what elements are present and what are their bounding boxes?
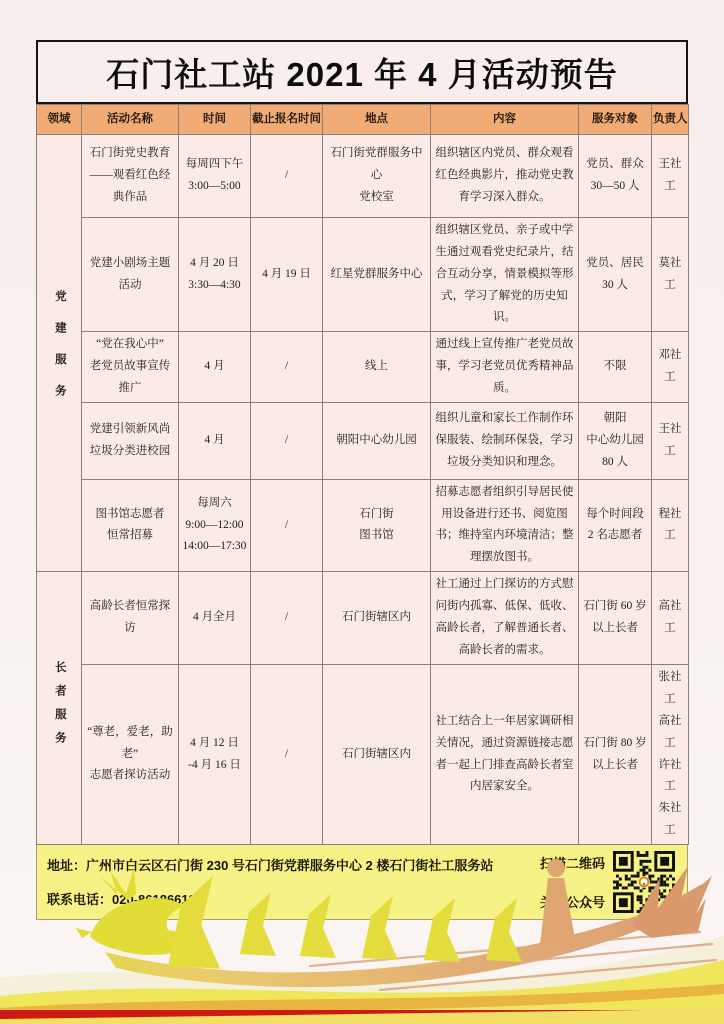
col-header-audience: 服务对象 [579,105,652,135]
dragon-boat-illustration [0,840,724,1024]
cell-time: 每周六 9:00—12:00 14:00—17:30 [179,479,251,571]
col-header-content: 内容 [431,105,579,135]
cell-location: 线上 [323,332,431,403]
cell-time: 4 月 [179,332,251,403]
col-header-deadline: 截止报名时间 [251,105,323,135]
cell-location: 石门街辖区内 [323,665,431,845]
cell-activity-name: 高龄长者恒常探访 [82,572,179,665]
cell-deadline: 4 月 19 日 [251,218,323,332]
cell-deadline: / [251,135,323,218]
cell-audience: 石门街 60 岁以上长者 [579,572,652,665]
cell-location: 石门街党群服务中心 党校室 [323,135,431,218]
cell-manager: 王社工 [652,135,689,218]
domain-label-elder: 长者服务 [37,572,82,845]
table-row: 党建小剧场主题活动 4 月 20 日 3:30—4:30 4 月 19 日 红星… [37,218,689,332]
col-header-activity: 活动名称 [82,105,179,135]
cell-deadline: / [251,479,323,571]
cell-manager: 程社工 [652,479,689,571]
cell-audience: 石门街 80 岁以上长者 [579,665,652,845]
cell-activity-name: 党建小剧场主题活动 [82,218,179,332]
cell-content: 组织儿童和家长工作制作环保服装、绘制环保袋，学习垃圾分类知识和理念。 [431,402,579,479]
cell-manager: 莫社工 [652,218,689,332]
cell-activity-name: 党建引领新风尚 垃圾分类进校园 [82,402,179,479]
col-header-domain: 领域 [37,105,82,135]
cell-manager: 张社工 高社工 许社工 朱社工 [652,665,689,845]
cell-activity-name: “尊老，爱老，助老” 志愿者探访活动 [82,665,179,845]
cell-content: 通过线上宣传推广老党员故事，学习老党员优秀精神品质。 [431,332,579,403]
cell-deadline: / [251,572,323,665]
table-row: 党建服务 石门街党史教育 ——观看红色经典作品 每周四下午 3:00—5:00 … [37,135,689,218]
poster-sheet: 石门社工站 2021 年 4 月活动预告 领域 活动名称 时间 截止报名时间 地… [36,40,688,920]
cell-activity-name: 图书馆志愿者 恒常招募 [82,479,179,571]
cell-location: 红星党群服务中心 [323,218,431,332]
activities-table: 领域 活动名称 时间 截止报名时间 地点 内容 服务对象 负责人 党建服务 石门… [36,104,689,845]
cell-time: 4 月 12 日 -4 月 16 日 [179,665,251,845]
cell-audience: 每个时间段 2 名志愿者 [579,479,652,571]
poster-page: 石门社工站 2021 年 4 月活动预告 领域 活动名称 时间 截止报名时间 地… [0,0,724,1024]
cell-content: 组织辖区内党员、群众观看红色经典影片，推动党史教育学习深入群众。 [431,135,579,218]
cell-audience: 党员、居民 30 人 [579,218,652,332]
cell-content: 招募志愿者组织引导居民使用设备进行还书、阅览图书；维持室内环境清洁；整理摆放图书… [431,479,579,571]
cell-activity-name: “党在我心中” 老党员故事宣传推广 [82,332,179,403]
cell-time: 4 月 [179,402,251,479]
domain-label-party: 党建服务 [37,135,82,572]
table-row: 长者服务 高龄长者恒常探访 4 月全月 / 石门街辖区内 社工通过上门探访的方式… [37,572,689,665]
table-row: 党建引领新风尚 垃圾分类进校园 4 月 / 朝阳中心幼儿园 组织儿童和家长工作制… [37,402,689,479]
cell-deadline: / [251,402,323,479]
cell-audience: 党员、群众 30—50 人 [579,135,652,218]
cell-audience: 不限 [579,332,652,403]
cell-time: 4 月 20 日 3:30—4:30 [179,218,251,332]
cell-location: 石门街 图书馆 [323,479,431,571]
cell-manager: 邓社工 [652,332,689,403]
col-header-location: 地点 [323,105,431,135]
cell-time: 4 月全月 [179,572,251,665]
cell-time: 每周四下午 3:00—5:00 [179,135,251,218]
cell-activity-name: 石门街党史教育 ——观看红色经典作品 [82,135,179,218]
table-row: “尊老，爱老，助老” 志愿者探访活动 4 月 12 日 -4 月 16 日 / … [37,665,689,845]
col-header-time: 时间 [179,105,251,135]
cell-content: 社工结合上一年居家调研相关情况，通过资源链接志愿者一起上门排查高龄长者室内居家安… [431,665,579,845]
page-title: 石门社工站 2021 年 4 月活动预告 [36,40,688,104]
cell-location: 朝阳中心幼儿园 [323,402,431,479]
cell-location: 石门街辖区内 [323,572,431,665]
cell-content: 组织辖区党员、亲子或中学生通过观看党史纪录片，结合互动分享，情景模拟等形式，学习… [431,218,579,332]
table-row: 图书馆志愿者 恒常招募 每周六 9:00—12:00 14:00—17:30 /… [37,479,689,571]
col-header-manager: 负责人 [652,105,689,135]
cell-deadline: / [251,332,323,403]
cell-audience: 朝阳 中心幼儿园 80 人 [579,402,652,479]
cell-content: 社工通过上门探访的方式慰问街内孤寡、低保、低收、高龄长者，了解普通长者、高龄长者… [431,572,579,665]
cell-deadline: / [251,665,323,845]
table-header-row: 领域 活动名称 时间 截止报名时间 地点 内容 服务对象 负责人 [37,105,689,135]
cell-manager: 高社工 [652,572,689,665]
table-row: “党在我心中” 老党员故事宣传推广 4 月 / 线上 通过线上宣传推广老党员故事… [37,332,689,403]
cell-manager: 王社工 [652,402,689,479]
